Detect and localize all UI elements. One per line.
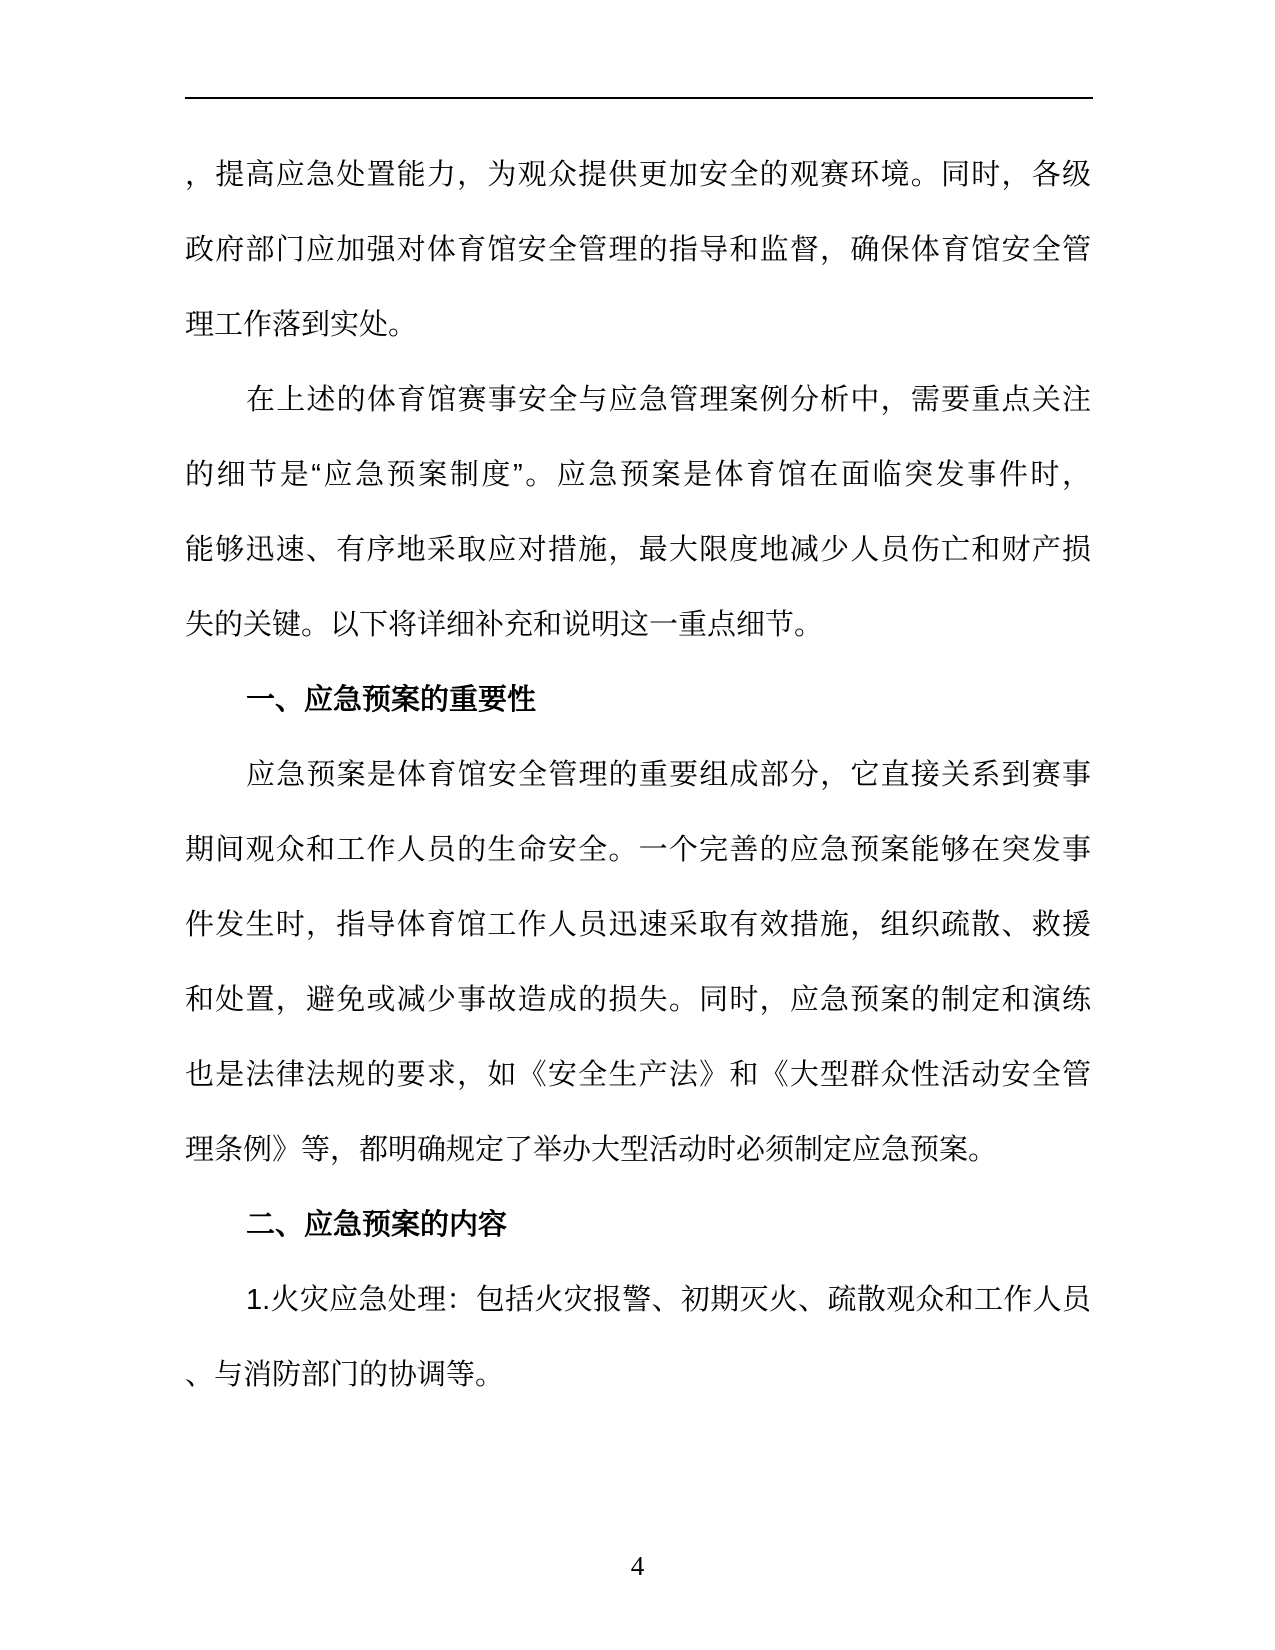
text-line: ，提高应急处置能力，为观众提供更加安全的观赛环境。同时，各级 [185, 138, 1091, 213]
text-line: 政府部门应加强对体育馆安全管理的指导和监督，确保体育馆安全管 [185, 213, 1091, 288]
text-line: 件发生时，指导体育馆工作人员迅速采取有效措施，组织疏散、救援 [185, 888, 1091, 963]
paragraph: ，提高应急处置能力，为观众提供更加安全的观赛环境。同时，各级政府部门应加强对体育… [185, 138, 1091, 363]
text-line: 的细节是“应急预案制度”。应急预案是体育馆在面临突发事件时， [185, 438, 1091, 513]
document-page: ，提高应急处置能力，为观众提供更加安全的观赛环境。同时，各级政府部门应加强对体育… [0, 0, 1275, 1650]
text-line: 、与消防部门的协调等。 [185, 1338, 1091, 1413]
section-heading: 二、应急预案的内容 [185, 1188, 1091, 1263]
text-line: 在上述的体育馆赛事安全与应急管理案例分析中，需要重点关注 [185, 363, 1091, 438]
text-line: 也是法律法规的要求，如《安全生产法》和《大型群众性活动安全管 [185, 1038, 1091, 1113]
header-rule [185, 97, 1093, 99]
heading-line: 一、应急预案的重要性 [185, 663, 1091, 738]
text-line: 能够迅速、有序地采取应对措施，最大限度地减少人员伤亡和财产损 [185, 513, 1091, 588]
text-line: 应急预案是体育馆安全管理的重要组成部分，它直接关系到赛事 [185, 738, 1091, 813]
text-line: 失的关键。以下将详细补充和说明这一重点细节。 [185, 588, 1091, 663]
section-heading: 一、应急预案的重要性 [185, 663, 1091, 738]
text-line: 期间观众和工作人员的生命安全。一个完善的应急预案能够在突发事 [185, 813, 1091, 888]
text-line: 理工作落到实处。 [185, 288, 1091, 363]
document-body: ，提高应急处置能力，为观众提供更加安全的观赛环境。同时，各级政府部门应加强对体育… [185, 138, 1091, 1413]
page-footer: 4 [0, 1546, 1275, 1586]
paragraph: 在上述的体育馆赛事安全与应急管理案例分析中，需要重点关注的细节是“应急预案制度”… [185, 363, 1091, 663]
paragraph: 应急预案是体育馆安全管理的重要组成部分，它直接关系到赛事期间观众和工作人员的生命… [185, 738, 1091, 1188]
text-line: 1.火灾应急处理：包括火灾报警、初期灭火、疏散观众和工作人员 [185, 1263, 1091, 1338]
paragraph: 1.火灾应急处理：包括火灾报警、初期灭火、疏散观众和工作人员、与消防部门的协调等… [185, 1263, 1091, 1413]
heading-line: 二、应急预案的内容 [185, 1188, 1091, 1263]
text-line: 和处置，避免或减少事故造成的损失。同时，应急预案的制定和演练 [185, 963, 1091, 1038]
page-number: 4 [631, 1551, 645, 1581]
text-line: 理条例》等，都明确规定了举办大型活动时必须制定应急预案。 [185, 1113, 1091, 1188]
